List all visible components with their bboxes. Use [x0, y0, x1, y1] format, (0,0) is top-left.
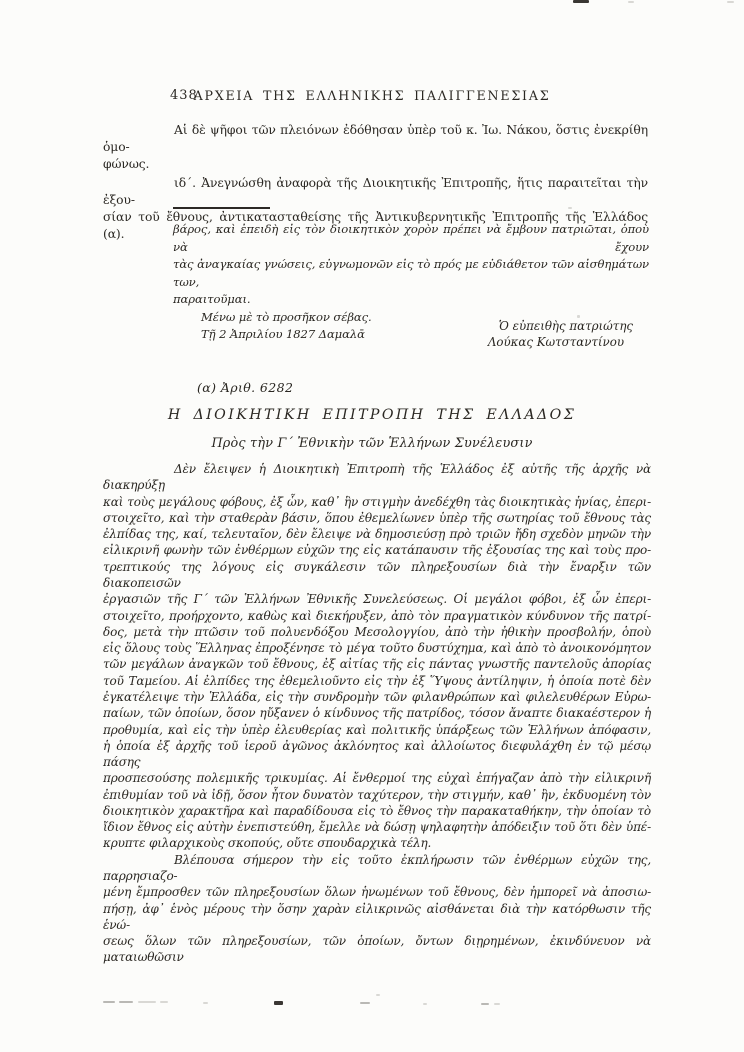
- running-header-title: ΑΡΧΕΙΑ ΤΗΣ ΕΛΛΗΝΙΚΗΣ ΠΑΛΙΓΓΕΝΕΣΙΑΣ: [0, 88, 744, 103]
- scanned-book-page: 438 ΑΡΧΕΙΑ ΤΗΣ ΕΛΛΗΝΙΚΗΣ ΠΑΛΙΓΓΕΝΕΣΙΑΣ Α…: [0, 0, 744, 1052]
- text-line: τῶν μεγάλων ἀναγκῶν τοῦ ἔθνους, ἐξ αἰτία…: [103, 656, 651, 672]
- scan-artifact: [119, 1001, 133, 1003]
- letter-signature: Ὁ εὐπειθὴς πατριώτης Λούκας Κωτσταντίνου: [350, 319, 633, 351]
- signature-name: Λούκας Κωτσταντίνου: [350, 335, 633, 351]
- text-line: φώνως.: [103, 156, 648, 173]
- signature-role: Ὁ εὐπειθὴς πατριώτης: [350, 319, 633, 335]
- text-line: διοικητικὸν χαρακτῆρα καὶ παραδίδουσα εἰ…: [103, 803, 651, 819]
- text-line: βάρος, καὶ ἐπειδὴ εἰς τὸν διοικητικὸν χο…: [173, 221, 649, 256]
- text-line: εἰλικρινῆ φωνὴν τῶν ἐνθέρμων εὐχῶν της ε…: [103, 542, 651, 558]
- scan-artifact: [160, 1001, 168, 1003]
- scan-artifact: [494, 1003, 500, 1005]
- text-line: παραιτοῦμαι.: [173, 291, 649, 309]
- document-subtitle: Πρὸς τὴν Γ΄ Ἐθνικὴν τῶν Ἑλλήνων Συνέλευσ…: [0, 436, 744, 451]
- text-line: ἴδιον ἔθνος εἰς αὐτὴν ἐνεπιστεύθη, ἔμελλ…: [103, 819, 651, 835]
- scan-artifact: [423, 1003, 427, 1005]
- text-line: ἐλπίδας της, καί, τελευταῖον, δὲν ἔλειψε…: [103, 526, 651, 542]
- footnote-separator-rule: [173, 207, 270, 209]
- document-paragraph-2: Βλέπουσα σήμερον τὴν εἰς τοῦτο ἐκπλήρωσι…: [103, 852, 651, 966]
- scan-artifact: [628, 1, 634, 3]
- text-line: καὶ τοὺς μεγάλους φόβους, ἐξ ὧν, καθ᾽ ἣν…: [103, 494, 651, 510]
- text-line: στοιχεῖτο, προήρχοντο, καθὼς καὶ διεκήρυ…: [103, 608, 651, 624]
- text-line: ἐργασιῶν τῆς Γ΄ τῶν Ἑλλήνων Ἐθνικῆς Συνε…: [103, 591, 651, 607]
- text-line: ἐγκατέλειψε τὴν Ἑλλάδα, εἰς τὴν συνδρομὴ…: [103, 689, 651, 705]
- scan-artifact: [138, 1001, 156, 1003]
- scan-artifact: [360, 1002, 370, 1004]
- text-line: δος, μετὰ τὴν πτῶσιν τοῦ πολυενδόξου Μεσ…: [103, 624, 651, 640]
- text-line: τοῦ Ταμείου. Αἱ ἐλπίδες της ἐθεμελιοῦντο…: [103, 673, 651, 689]
- text-line: ἐπιθυμίαν τοῦ νὰ ἰδῇ, ὅσον ἦτον δυνατὸν …: [103, 787, 651, 803]
- document-paragraph-1: Δὲν ἔλειψεν ἡ Διοικητικὴ Ἐπιτροπὴ τῆς Ἑλ…: [103, 461, 651, 852]
- scan-artifact: [274, 1001, 283, 1005]
- minutes-paragraph-votes: Αἱ δὲ ψῆφοι τῶν πλειόνων ἐδόθησαν ὑπὲρ τ…: [103, 122, 648, 174]
- text-line: προθυμία, καὶ εἰς τὴν ὑπὲρ ἐλευθερίας κα…: [103, 722, 651, 738]
- text-line: πήσῃ, ἀφ᾽ ἑνὸς μέρους τὴν ὅσην χαρὰν εἰλ…: [103, 901, 651, 934]
- document-body: Δὲν ἔλειψεν ἡ Διοικητικὴ Ἐπιτροπὴ τῆς Ἑλ…: [103, 461, 651, 966]
- page-header: 438 ΑΡΧΕΙΑ ΤΗΣ ΕΛΛΗΝΙΚΗΣ ΠΑΛΙΓΓΕΝΕΣΙΑΣ: [0, 88, 744, 108]
- document-title: Η ΔΙΟΙΚΗΤΙΚΗ ΕΠΙΤΡΟΠΗ ΤΗΣ ΕΛΛΑΔΟΣ: [0, 407, 744, 423]
- scan-artifact: [577, 315, 580, 318]
- text-line: στοιχεῖτο, καὶ τὴν σταθερὰν βάσιν, ὅπου …: [103, 510, 651, 526]
- text-line: μένη ἔμπροσθεν τῶν πληρεξουσίων ὅλων ἡνω…: [103, 884, 651, 900]
- scan-artifact: [376, 994, 380, 996]
- text-line: Βλέπουσα σήμερον τὴν εἰς τοῦτο ἐκπλήρωσι…: [103, 852, 651, 885]
- scan-artifact: [727, 1, 734, 3]
- text-line: τρεπτικούς της λόγους εἰς συγκάλεσιν τῶν…: [103, 559, 651, 592]
- scan-artifact: [203, 1002, 208, 1004]
- text-line: ιδ΄. Ἀνεγνώσθη ἀναφορὰ τῆς Διοικητικῆς Ἐ…: [103, 175, 648, 209]
- text-line: σεως ὅλων τῶν πληρεξουσίων, τῶν ὁποίων, …: [103, 933, 651, 966]
- letter-body-paragraph: βάρος, καὶ ἐπειδὴ εἰς τὸν διοικητικὸν χο…: [173, 221, 649, 309]
- scan-artifact: [573, 0, 589, 3]
- scan-artifact: [568, 207, 572, 209]
- text-line: ἡ ὁποία ἐξ ἀρχῆς τοῦ ἱεροῦ ἀγῶνος ἀκλόνη…: [103, 738, 651, 771]
- text-line: εἰς ὅλους τοὺς Ἕλληνας ἐπροξένησε τὸ μέγ…: [103, 640, 651, 656]
- text-line: Δὲν ἔλειψεν ἡ Διοικητικὴ Ἐπιτροπὴ τῆς Ἑλ…: [103, 461, 651, 494]
- scan-artifact: [481, 1003, 489, 1005]
- text-line: τὰς ἀναγκαίας γνώσεις, εὐγνωμονῶν εἰς τὸ…: [173, 256, 649, 291]
- text-line: προσπεσούσης πολεμικῆς τρικυμίας. Αἱ ἔνθ…: [103, 770, 651, 786]
- scan-artifact: [103, 1001, 115, 1003]
- text-line: παίων, τῶν ὁποίων, ὅσον ηὔξανεν ὁ κίνδυν…: [103, 705, 651, 721]
- text-line: Αἱ δὲ ψῆφοι τῶν πλειόνων ἐδόθησαν ὑπὲρ τ…: [103, 122, 648, 156]
- text-line: κρυπτε φιλαρχικοὺς σκοπούς, οὔτε σπουδαρ…: [103, 835, 651, 851]
- document-reference-number: (α) Ἀριθ. 6282: [197, 380, 293, 395]
